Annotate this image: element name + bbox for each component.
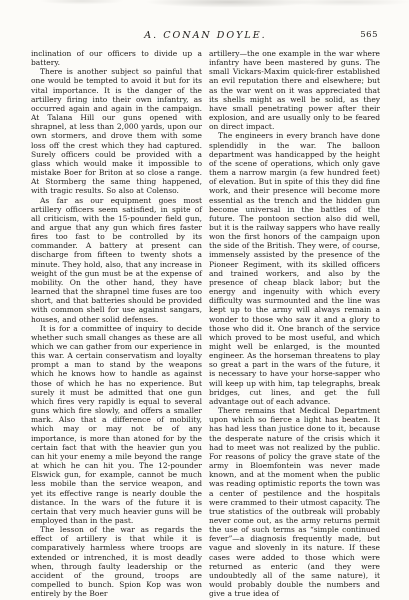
page-content: A. CONAN DOYLE. 565 inclination of our o…: [31, 30, 380, 598]
text-columns: inclination of our officers to divide up…: [31, 49, 380, 598]
right-column: artillery—the one example in the war whe…: [209, 49, 380, 598]
paragraph: It is for a committee of inquiry to deci…: [31, 324, 202, 525]
paragraph: There remains that Medical Department up…: [209, 406, 380, 598]
book-page: A. CONAN DOYLE. 565 inclination of our o…: [0, 0, 409, 600]
running-head: A. CONAN DOYLE.: [31, 30, 380, 41]
page-header: A. CONAN DOYLE. 565: [31, 30, 380, 44]
paragraph: The engineers in every branch have done …: [209, 131, 380, 406]
paragraph: artillery—the one example in the war whe…: [209, 49, 380, 131]
paragraph: As far as our equipment goes most artill…: [31, 196, 202, 324]
paragraph: The lesson of the war as regards the eff…: [31, 525, 202, 598]
page-number: 565: [360, 30, 378, 40]
paragraph: inclination of our officers to divide up…: [31, 49, 202, 67]
left-column: inclination of our officers to divide up…: [31, 49, 202, 598]
paragraph: There is another subject so painful that…: [31, 67, 202, 195]
